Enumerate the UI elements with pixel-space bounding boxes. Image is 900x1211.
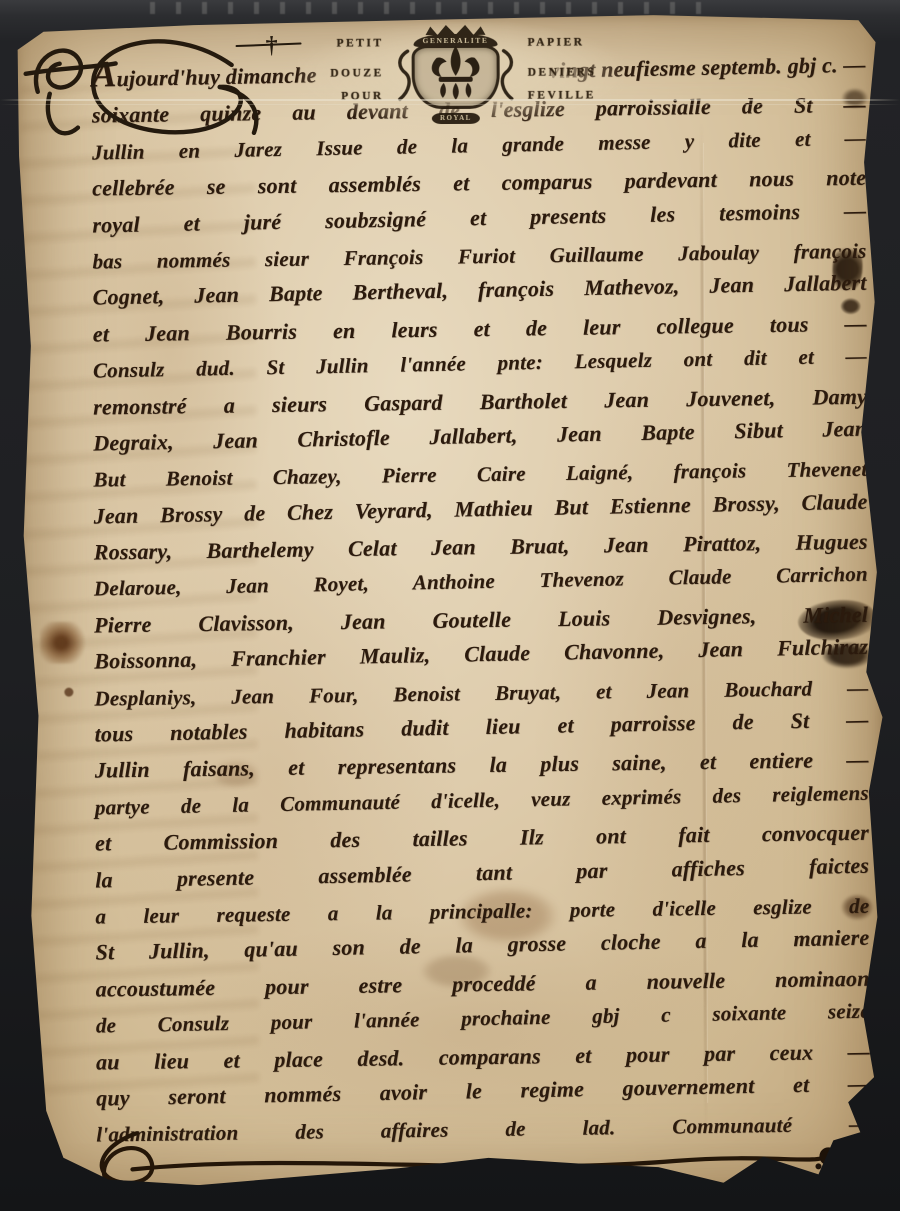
stamp-left-text: PETIT DOUZE POUR bbox=[298, 36, 384, 112]
closing-rule-and-paraph bbox=[74, 1116, 874, 1201]
stamp-word: POUR bbox=[298, 89, 384, 103]
backdrop-texture bbox=[150, 2, 710, 14]
stamp-word: PETIT bbox=[298, 36, 384, 50]
stamp-word: DOUZE bbox=[298, 66, 384, 80]
stamp-scroll-ornament-right bbox=[500, 47, 516, 105]
photo-scratch-line-2 bbox=[0, 104, 900, 106]
stamp-word: DENIERS bbox=[528, 65, 624, 79]
photo-background: † PETIT DOUZE POUR GENERALITE bbox=[0, 0, 900, 1211]
fleur-de-lis-icon bbox=[429, 44, 483, 102]
calligraphic-paraph-top-left bbox=[19, 27, 264, 160]
tax-stamp: PETIT DOUZE POUR GENERALITE bbox=[297, 21, 623, 126]
stamp-shield: GENERALITE bbox=[399, 23, 511, 125]
stamp-word: PAPIER bbox=[528, 35, 624, 49]
stamp-scroll-ornament-left bbox=[396, 47, 412, 105]
photo-scratch-line bbox=[0, 99, 900, 101]
invocation-cross-icon: † bbox=[266, 33, 278, 60]
manuscript-text-block: Aujourd'huy dimanche vingt neufiesme sep… bbox=[92, 58, 871, 1153]
stamp-royal-band: ROYAL bbox=[432, 113, 480, 124]
manuscript-sheet: † PETIT DOUZE POUR GENERALITE bbox=[13, 12, 886, 1198]
